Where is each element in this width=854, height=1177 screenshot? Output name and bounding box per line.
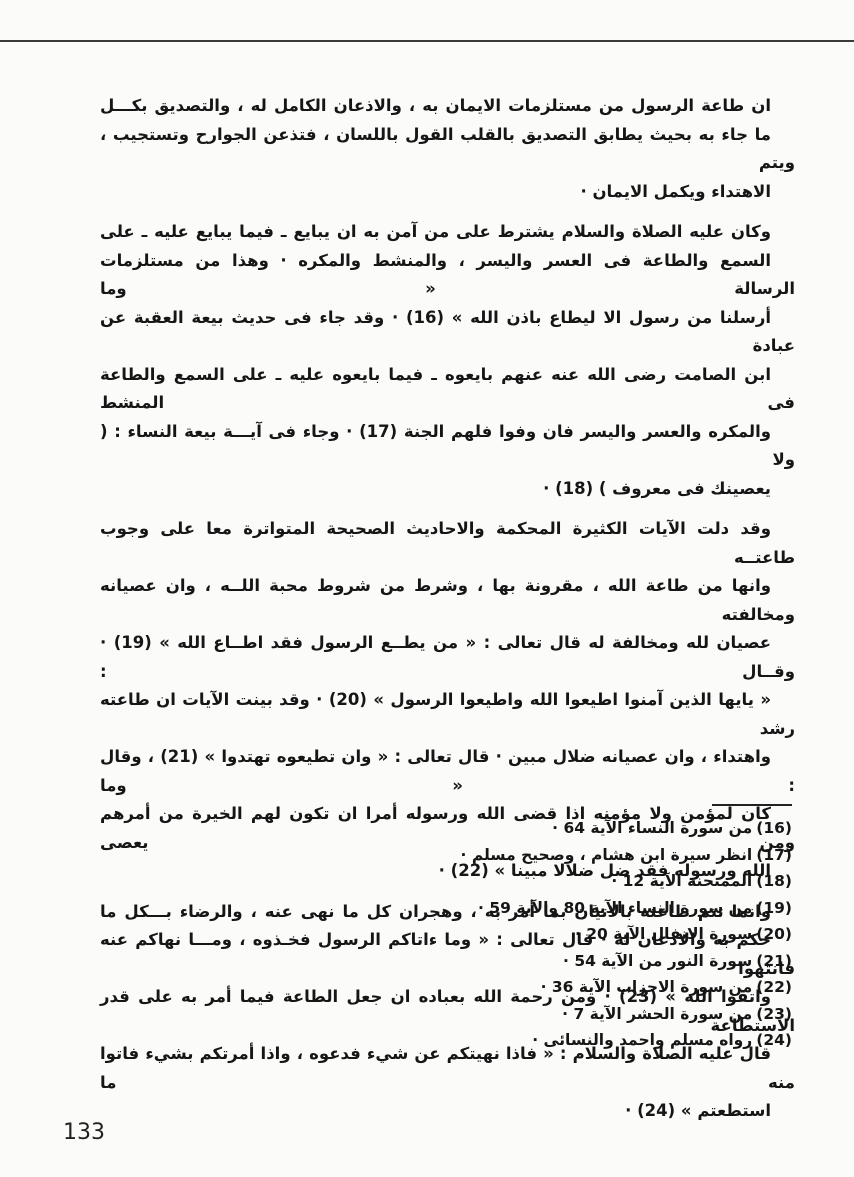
footnote-21: (21)سورة النور من الآية 54 · bbox=[372, 948, 792, 975]
paragraph-1: ان طاعة الرسول من مستلزمات الايمان به ، … bbox=[100, 92, 795, 206]
text-line: السمع والطاعة فى العسر واليسر ، والمنشط … bbox=[100, 247, 795, 304]
footnote-number: (24) bbox=[756, 1031, 792, 1049]
footnote-text: من سورة النساء الآية 64 · bbox=[552, 819, 752, 837]
text-line: واهتداء ، وان عصيانه ضلال مبين · قال تعا… bbox=[100, 743, 795, 800]
footnote-16: (16)من سورة النساء الآية 64 · bbox=[372, 815, 792, 842]
footnote-number: (23) bbox=[756, 1005, 792, 1023]
footnote-text: من سورة الحشر الآية 7 · bbox=[562, 1005, 752, 1023]
footnotes: (16)من سورة النساء الآية 64 · (17)انظر س… bbox=[372, 815, 792, 1054]
text-line: ان طاعة الرسول من مستلزمات الايمان به ، … bbox=[100, 92, 795, 121]
text-line: ابن الصامت رضى الله عنه عنهم بايعوه ـ في… bbox=[100, 361, 795, 418]
text-line: يعصينك فى معروف ) (18) · bbox=[100, 475, 795, 504]
footnote-separator bbox=[712, 804, 792, 806]
text-line: وانها من طاعة الله ، مقرونة بها ، وشرط م… bbox=[100, 572, 795, 629]
footnote-22: (22)من سورة الاحزاب الآية 36 · bbox=[372, 974, 792, 1001]
footnote-number: (18) bbox=[756, 872, 792, 890]
text-line: « يايها الذين آمنوا اطيعوا الله واطيعوا … bbox=[100, 686, 795, 743]
footnote-number: (20) bbox=[756, 925, 792, 943]
footnote-number: (17) bbox=[756, 846, 792, 864]
text-line: والمكره والعسر واليسر فان وفوا فلهم الجن… bbox=[100, 418, 795, 475]
footnote-18: (18)الممتحنة الآية 12 · bbox=[372, 868, 792, 895]
text-line: استطعتم » (24) · bbox=[100, 1097, 795, 1126]
footnote-24: (24)رواه مسلم واحمد والنسائى · bbox=[372, 1027, 792, 1054]
footnote-text: من سورة النساء الآية 80 والآية 59 · bbox=[478, 899, 752, 917]
footnote-text: الممتحنة الآية 12 · bbox=[611, 872, 752, 890]
footnote-text: سورة النور من الآية 54 · bbox=[563, 952, 752, 970]
text-line: وقد دلت الآيات الكثيرة المحكمة والاحاديث… bbox=[100, 515, 795, 572]
text-line: عصيان لله ومخالفة له قال تعالى : « من يط… bbox=[100, 629, 795, 686]
footnote-text: رواه مسلم واحمد والنسائى · bbox=[532, 1031, 752, 1049]
text-line: وكان عليه الصلاة والسلام يشترط على من آم… bbox=[100, 218, 795, 247]
footnote-19: (19)من سورة النساء الآية 80 والآية 59 · bbox=[372, 895, 792, 922]
footnote-number: (19) bbox=[756, 899, 792, 917]
text-line: أرسلنا من رسول الا ليطاع باذن الله » (16… bbox=[100, 304, 795, 361]
footnote-20: (20)سورة الانفال الآية 20 · bbox=[372, 921, 792, 948]
footnote-text: انظر سيرة ابن هشام ، وصحيح مسلم · bbox=[461, 846, 753, 864]
page-number: 133 bbox=[63, 1120, 105, 1145]
footnote-17: (17)انظر سيرة ابن هشام ، وصحيح مسلم · bbox=[372, 842, 792, 869]
footnote-number: (21) bbox=[756, 952, 792, 970]
text-line: ما جاء به بحيث يطابق التصديق بالقلب القو… bbox=[100, 121, 795, 178]
footnote-text: من سورة الاحزاب الآية 36 · bbox=[541, 978, 753, 996]
text-line: الاهتداء ويكمل الايمان · bbox=[100, 178, 795, 207]
footnote-number: (22) bbox=[756, 978, 792, 996]
header-rule bbox=[0, 40, 854, 42]
footnote-23: (23)من سورة الحشر الآية 7 · bbox=[372, 1001, 792, 1028]
footnote-number: (16) bbox=[756, 819, 792, 837]
paragraph-2: وكان عليه الصلاة والسلام يشترط على من آم… bbox=[100, 218, 795, 503]
footnote-text: سورة الانفال الآية 20 · bbox=[575, 925, 752, 943]
